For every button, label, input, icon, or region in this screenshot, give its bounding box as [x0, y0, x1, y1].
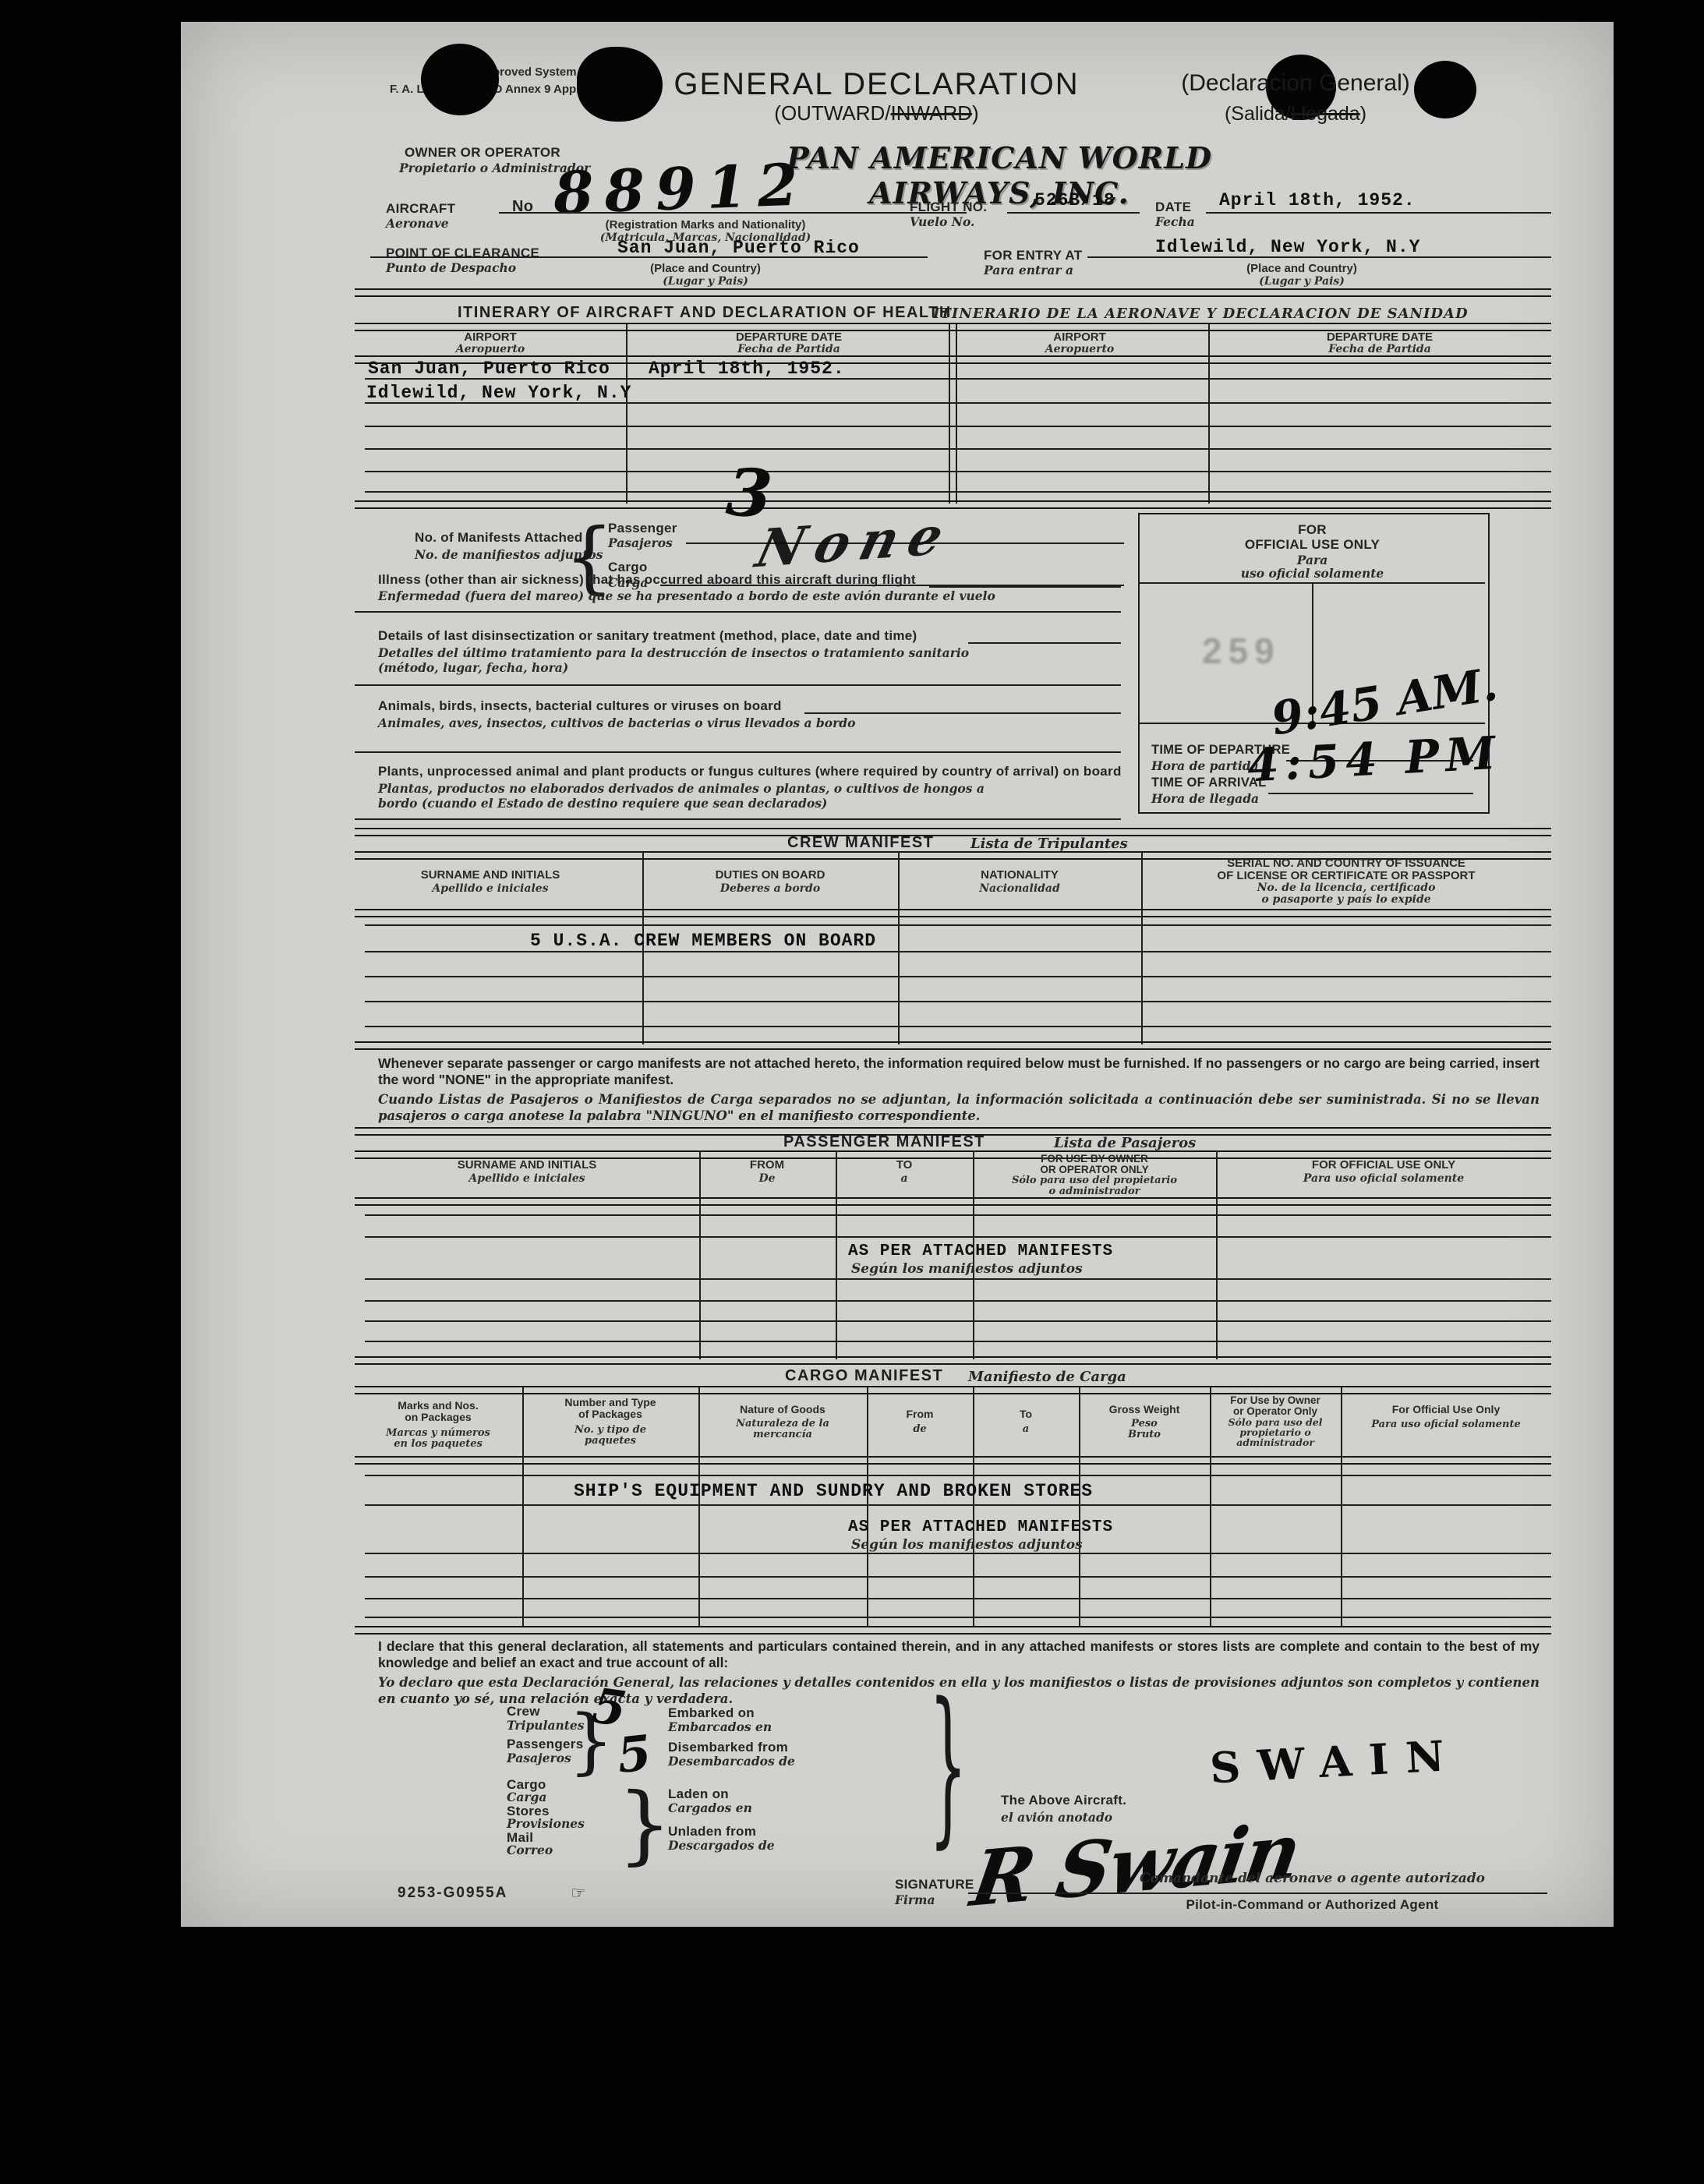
table-row-line — [365, 1553, 1551, 1554]
table-row-line — [365, 1278, 1551, 1280]
table-column-line — [626, 323, 628, 504]
animals-question-en: Animals, birds, insects, bacterial cultu… — [378, 698, 782, 714]
table-row-line — [365, 1236, 1551, 1238]
official-box-title-en: FOR OFFICIAL USE ONLY — [1146, 522, 1479, 552]
table-column-line — [973, 1386, 974, 1626]
document-page: Approved System F. A. L. Comm. ICAO Anne… — [181, 22, 1614, 1927]
itinerary-col-date-es: Fecha de Partida — [1302, 343, 1458, 355]
table-row-line — [365, 1026, 1551, 1027]
signature-line — [968, 1892, 1547, 1894]
disembarked-label-en: Disembarked from — [668, 1740, 788, 1755]
above-aircraft-label-en: The Above Aircraft. — [1001, 1793, 1126, 1808]
crew-col-serial-es: No. de la licencia, certificado o pasapo… — [1155, 882, 1537, 906]
date-value: April 18th, 1952. — [1219, 190, 1416, 210]
itinerary-col-date-es: Fecha de Partida — [711, 343, 867, 355]
table-rule — [355, 909, 1551, 917]
table-row-line — [365, 1001, 1551, 1002]
cargo-col-marks-es: Marcas y números en los paquetes — [360, 1428, 516, 1450]
cargo-col-marks-en: Marks and Nos. on Packages — [360, 1400, 516, 1423]
scan-background: Approved System F. A. L. Comm. ICAO Anne… — [0, 0, 1704, 2184]
note-text-es: Cuando Listas de Pasajeros o Manifiestos… — [378, 1091, 1540, 1124]
table-row-line — [365, 1300, 1551, 1302]
cargo-col-weight-es: Peso Bruto — [1079, 1419, 1210, 1440]
itinerary-col-airport-es: Aeropuerto — [412, 343, 568, 355]
crew-manifest-entry: 5 U.S.A. CREW MEMBERS ON BOARD — [530, 931, 876, 951]
cargo-col-number-en: Number and Type of Packages — [532, 1397, 688, 1420]
passenger-col-to-en: TO — [826, 1158, 982, 1172]
table-row-line — [365, 402, 1551, 404]
passenger-col-official-en: FOR OFFICIAL USE ONLY — [1267, 1158, 1501, 1172]
table-rule — [355, 1386, 1551, 1394]
cargo-col-number-es: No. y tipo de paquetes — [532, 1425, 688, 1447]
table-column-line — [1079, 1386, 1080, 1626]
date-label-es: Fecha — [1155, 214, 1195, 229]
form-subtitle: (OUTWARD/INWARD) — [664, 101, 1089, 125]
cargo-col-owner-es: Sólo para uso del propietario o administ… — [1211, 1417, 1339, 1447]
itinerary-col-airport-es: Aeropuerto — [1002, 343, 1158, 355]
table-row-line — [365, 1475, 1551, 1476]
laden-label-en: Laden on — [668, 1786, 729, 1802]
passenger-as-per-es: Según los manifiestos adjuntos — [851, 1261, 1083, 1277]
table-row-line — [365, 924, 1551, 926]
table-column-line — [898, 851, 900, 1044]
answer-line — [355, 684, 1121, 686]
crew-col-surname-en: SURNAME AND INITIALS — [412, 868, 568, 882]
place-note-en: (Place and Country) — [1146, 262, 1458, 275]
plants-question-es: Plantas, productos no elaborados derivad… — [378, 781, 985, 811]
passenger-col-to-es: a — [826, 1172, 982, 1185]
table-rule — [355, 1456, 1551, 1465]
table-rule — [355, 1356, 1551, 1365]
table-column-line — [699, 1150, 701, 1359]
answer-line — [1268, 793, 1473, 794]
answer-line — [929, 586, 1121, 588]
registration-note-en: (Registration Marks and Nationality) — [550, 218, 861, 231]
cargo-as-per-en: AS PER ATTACHED MANIFESTS — [848, 1518, 1113, 1536]
embarked-label-es: Embarcados en — [668, 1719, 772, 1734]
cargo-col-weight-en: Gross Weight — [1079, 1403, 1210, 1415]
animals-question-es: Animales, aves, insectos, cultivos de ba… — [378, 716, 855, 730]
table-row-line — [365, 471, 1551, 472]
itinerary-row-airport: Idlewild, New York, N.Y — [366, 383, 631, 403]
subtitle-prefix: (OUTWARD/ — [774, 101, 890, 125]
table-row-line — [365, 1320, 1551, 1322]
crew-col-duties-es: Deberes a bordo — [692, 882, 848, 895]
rule-line — [1007, 212, 1140, 214]
table-column-line — [867, 1386, 868, 1626]
form-subtitle-es: (Salida/Llegada) — [1136, 103, 1455, 125]
answer-line — [804, 712, 1121, 714]
rule-line — [499, 212, 967, 214]
rule-line — [1087, 256, 1551, 258]
subtitle-struck-word: INWARD — [891, 101, 972, 125]
embarked-label-en: Embarked on — [668, 1705, 755, 1721]
section-divider — [355, 1626, 1551, 1634]
ink-blob — [577, 47, 663, 122]
itinerary-col-date-en: DEPARTURE DATE — [711, 330, 867, 344]
rule-line — [370, 256, 928, 258]
printers-mark-icon: ☞ — [571, 1883, 586, 1903]
passenger-col-official-es: Para uso oficial solamente — [1267, 1172, 1501, 1185]
clearance-value: San Juan, Puerto Rico — [617, 238, 860, 258]
manifest-passenger-label-en: Passenger — [608, 521, 677, 536]
answer-line — [355, 818, 1121, 820]
crew-manifest-title-es: Lista de Tripulantes — [970, 836, 1128, 852]
crew-manifest-title-en: CREW MANIFEST — [787, 834, 934, 852]
note-text-en: Whenever separate passenger or cargo man… — [378, 1055, 1540, 1088]
laden-label-es: Cargados en — [668, 1801, 752, 1815]
place-note-es: (Lugar y Pais) — [550, 275, 861, 288]
cargo-col-to-en: To — [973, 1408, 1079, 1420]
entry-label-en: FOR ENTRY AT — [984, 248, 1082, 263]
illness-question-es: Enfermedad (fuera del mareo) que se ha p… — [378, 588, 995, 603]
table-row-line — [365, 1504, 1551, 1506]
table-column-line — [522, 1386, 524, 1626]
signature-label-en: SIGNATURE — [895, 1877, 974, 1892]
table-row-line — [365, 1598, 1551, 1599]
aircraft-label-en: AIRCRAFT — [386, 201, 455, 217]
aircraft-number-handwritten: 88912 — [553, 151, 810, 227]
unladen-label-es: Descargados de — [668, 1838, 775, 1853]
cargo-col-from-es: de — [867, 1423, 973, 1435]
cargo-col-official-es: Para uso oficial solamente — [1344, 1419, 1548, 1430]
totals-mail-label-es: Correo — [507, 1843, 553, 1857]
answer-line — [355, 611, 1121, 613]
answer-line — [968, 642, 1121, 644]
table-row-line — [365, 378, 1551, 380]
table-row-line — [365, 951, 1551, 952]
table-column-line — [1216, 1150, 1218, 1359]
itinerary-row-date: April 18th, 1952. — [649, 359, 845, 379]
plants-question-en: Plants, unprocessed animal and plant pro… — [378, 764, 1126, 779]
passenger-manifest-title-en: PASSENGER MANIFEST — [783, 1133, 985, 1151]
itinerary-title-es: ITINERARIO DE LA AERONAVE Y DECLARACION … — [933, 306, 1469, 322]
owner-label-en: OWNER OR OPERATOR — [405, 145, 560, 161]
cargo-as-per-es: Según los manifiestos adjuntos — [851, 1537, 1083, 1553]
disembarked-label-es: Desembarcados de — [668, 1754, 795, 1769]
table-row-line — [365, 1576, 1551, 1578]
totals-crew-label-en: Crew — [507, 1704, 540, 1719]
cargo-manifest-title-es: Manifiesto de Carga — [968, 1369, 1126, 1385]
totals-cargo-label-es: Carga — [507, 1790, 546, 1804]
cargo-manifest-title-en: CARGO MANIFEST — [785, 1367, 943, 1385]
form-title-es: (Declaracion General) — [1136, 70, 1455, 97]
aircraft-label-es: Aeronave — [386, 216, 449, 231]
crew-col-surname-es: Apellido e iniciales — [412, 882, 568, 895]
cargo-col-owner-en: For Use by Owner or Operator Only — [1211, 1395, 1339, 1417]
manifest-passenger-label-es: Pasajeros — [608, 535, 673, 550]
table-column-line — [1341, 1386, 1342, 1626]
official-box-title-es: Para uso oficial solamente — [1146, 553, 1479, 580]
table-column-line — [1141, 851, 1143, 1044]
brace-glyph: } — [617, 1774, 672, 1874]
date-label-en: DATE — [1155, 200, 1191, 215]
form-stock-number: 9253-G0955A — [398, 1885, 507, 1902]
table-column-line — [949, 323, 957, 504]
passenger-as-per-en: AS PER ATTACHED MANIFESTS — [848, 1242, 1113, 1260]
table-row-line — [365, 426, 1551, 427]
section-divider — [355, 1041, 1551, 1050]
subtitle-suffix: ) — [972, 101, 979, 125]
section-divider — [355, 288, 1551, 297]
cargo-col-nature-en: Nature of Goods — [705, 1403, 861, 1415]
crew-col-duties-en: DUTIES ON BOARD — [692, 868, 848, 882]
subtitle-es-struck-word: Llegada — [1291, 103, 1360, 125]
above-aircraft-label-es: el avión anotado — [1001, 1810, 1112, 1825]
totals-stores-label-es: Provisiones — [507, 1816, 585, 1831]
passenger-col-surname-en: SURNAME AND INITIALS — [449, 1158, 605, 1172]
rule-line — [1206, 212, 1551, 214]
section-divider — [355, 828, 1551, 836]
passenger-col-from-en: FROM — [689, 1158, 845, 1172]
table-column-line — [1208, 323, 1210, 504]
entry-value: Idlewild, New York, N.Y — [1155, 237, 1420, 257]
clearance-label-en: POINT OF CLEARANCE — [386, 246, 539, 261]
passenger-col-owner-en: FOR USE BY OWNER OR OPERATOR ONLY — [978, 1154, 1211, 1175]
entry-label-es: Para entrar a — [984, 263, 1073, 277]
table-column-line — [836, 1150, 837, 1359]
arrival-time-label-es: Hora de llegada — [1151, 791, 1259, 806]
table-row-line — [365, 491, 1551, 493]
subtitle-es-suffix: ) — [1360, 103, 1366, 125]
illness-question-en: Illness (other than air sickness) that h… — [378, 572, 916, 588]
brace-glyph: } — [929, 1666, 967, 1864]
table-row-line — [365, 976, 1551, 977]
table-row-line — [365, 448, 1551, 450]
disinsectization-question-en: Details of last disinsectization or sani… — [378, 628, 917, 644]
departure-time-label-es: Hora de partida — [1151, 758, 1259, 773]
manifests-label-en: No. of Manifests Attached — [415, 530, 583, 546]
place-note-es: (Lugar y Pais) — [1146, 275, 1458, 288]
crew-col-serial-en: SERIAL NO. AND COUNTRY OF ISSUANCE OF LI… — [1155, 857, 1537, 882]
table-row-line — [365, 1214, 1551, 1216]
passenger-col-from-es: De — [689, 1172, 845, 1185]
flight-label-en: FLIGHT NO. — [910, 200, 987, 215]
cargo-col-official-en: For Official Use Only — [1344, 1403, 1548, 1415]
official-stamp-number: 259 — [1202, 630, 1281, 672]
clearance-label-es: Punto de Despacho — [386, 260, 516, 275]
table-column-line — [1210, 1386, 1211, 1626]
unladen-label-en: Unladen from — [668, 1824, 756, 1839]
agent-label-es: Comandante del aeronave o agente autoriz… — [1077, 1871, 1547, 1886]
itinerary-col-date-en: DEPARTURE DATE — [1302, 330, 1458, 344]
form-title: GENERAL DECLARATION — [664, 67, 1089, 102]
itinerary-col-airport-en: AIRPORT — [1002, 330, 1158, 344]
passenger-manifest-title-es: Lista de Pasajeros — [1054, 1135, 1196, 1151]
totals-passengers-label-es: Pasajeros — [507, 1751, 571, 1765]
signature-label-es: Firma — [895, 1892, 935, 1907]
cargo-col-to-es: a — [973, 1423, 1079, 1435]
passenger-col-surname-es: Apellido e iniciales — [449, 1172, 605, 1185]
answer-line — [355, 751, 1121, 753]
cargo-col-from-en: From — [867, 1408, 973, 1420]
itinerary-row-airport: San Juan, Puerto Rico — [368, 359, 610, 379]
itinerary-col-airport-en: AIRPORT — [412, 330, 568, 344]
table-column-line — [698, 1386, 700, 1626]
passenger-col-owner-es: Sólo para uso del propietario o administ… — [978, 1175, 1211, 1196]
pilot-name-handwritten: SWAIN — [1209, 1730, 1463, 1793]
crew-col-nationality-es: Nacionalidad — [942, 882, 1098, 895]
place-note-en: (Place and Country) — [550, 262, 861, 275]
crew-col-nationality-en: NATIONALITY — [942, 868, 1098, 882]
subtitle-es-prefix: (Salida/ — [1225, 103, 1291, 125]
table-rule — [355, 1197, 1551, 1206]
cargo-manifests-value-handwritten: None — [750, 504, 960, 579]
flight-label-es: Vuelo No. — [910, 214, 974, 229]
cargo-col-nature-es: Naturaleza de la mercancía — [705, 1419, 861, 1440]
table-row-line — [365, 1341, 1551, 1342]
ink-blob — [421, 44, 499, 115]
flight-number-value: 526B/18 — [1034, 190, 1115, 210]
cargo-manifest-entry: SHIP'S EQUIPMENT AND SUNDRY AND BROKEN S… — [574, 1481, 1093, 1501]
disinsectization-question-es: Detalles del último tratamiento para la … — [378, 645, 969, 675]
itinerary-title-en: ITINERARY OF AIRCRAFT AND DECLARATION OF… — [458, 304, 952, 322]
agent-label-en: Pilot-in-Command or Authorized Agent — [1077, 1897, 1547, 1913]
table-row-line — [365, 1617, 1551, 1618]
